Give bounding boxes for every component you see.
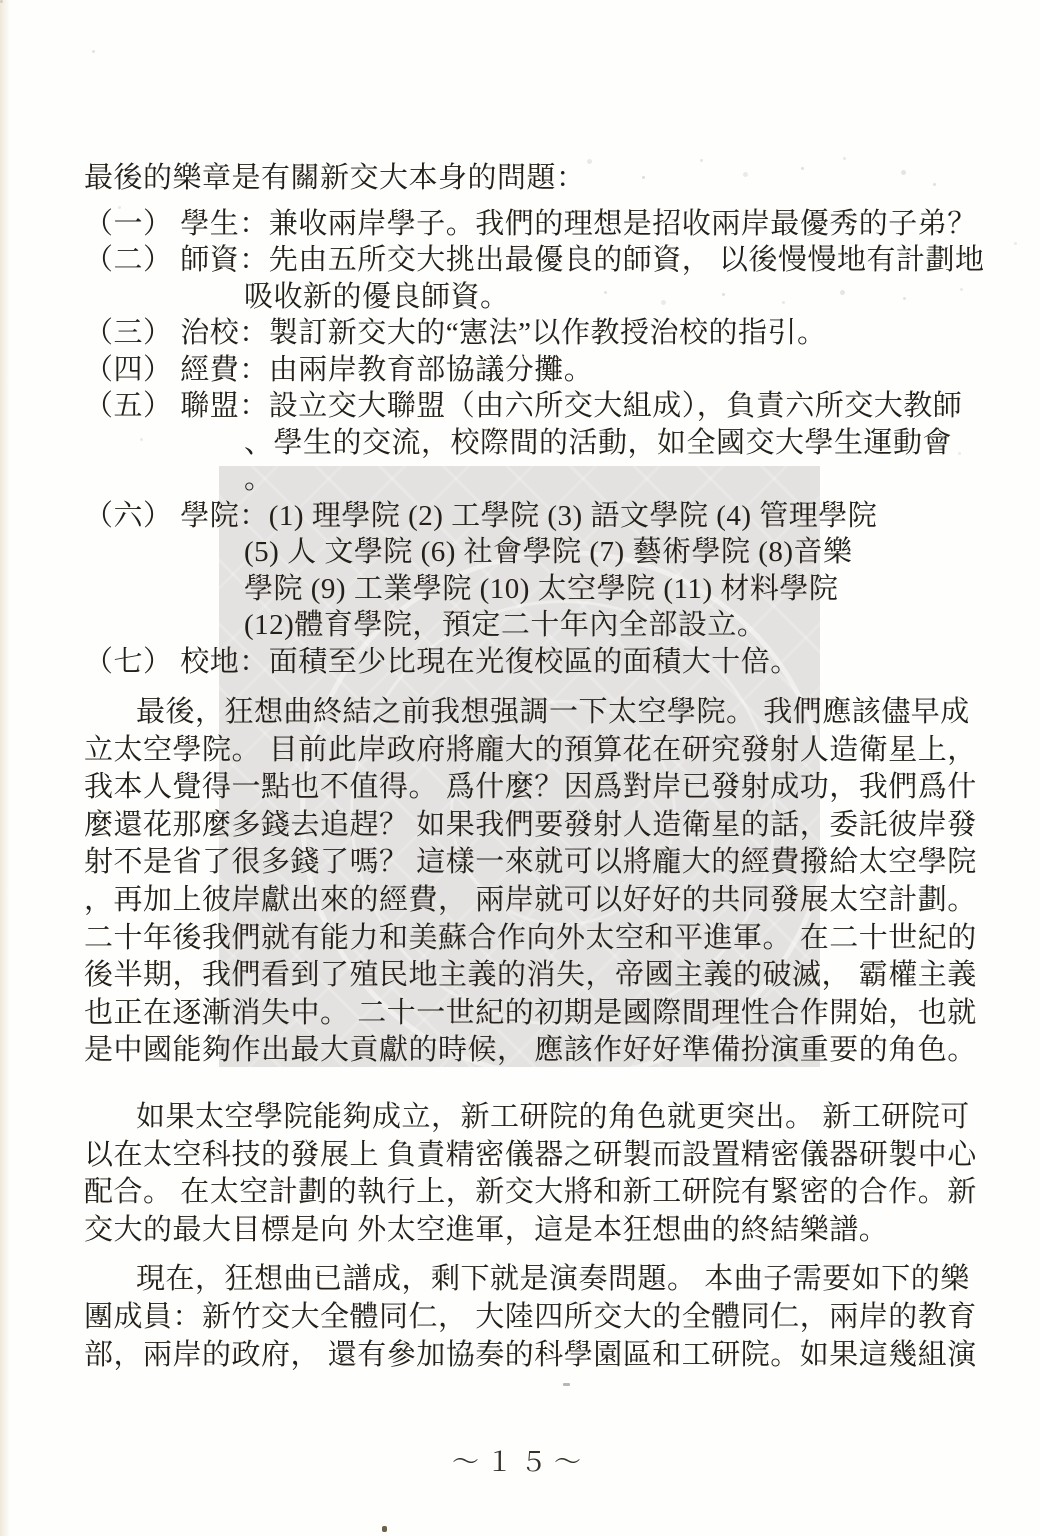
intro-line: 最後的樂章是有關新交大本身的問題： bbox=[84, 160, 974, 198]
list-item-7-line-1: （七） 校地：面積至少比現在光復校區的面積大十倍。 bbox=[84, 644, 974, 681]
list-item-6-line-4: (12)體育學院，預定二十年內全部設立。 bbox=[244, 607, 974, 644]
scan-edge-shade bbox=[0, 0, 10, 1536]
paragraph-1-line-10: 是中國能夠作出最大貢獻的時候， 應該作好好準備扮演重要的角色。 bbox=[84, 1032, 974, 1070]
paragraph-1: 最後，狂想曲終結之前我想强調一下太空學院。 我們應該儘早成 立太空學院。 目前此… bbox=[84, 694, 974, 1070]
numbered-list: （一） 學生：兼收兩岸學子。我們的理想是招收兩岸最優秀的子弟？ （二） 師資：先… bbox=[84, 206, 974, 681]
scan-dark-speck bbox=[382, 1526, 387, 1532]
paragraph-2: 如果太空學院能夠成立，新工研院的角色就更突出。 新工研院可 以在太空科技的發展上… bbox=[84, 1099, 974, 1249]
list-item-6-line-2: (5) 人 文學院 (6) 社會學院 (7) 藝術學院 (8)音樂 bbox=[244, 534, 974, 571]
paragraph-2-line-3: 配合。 在太空計劃的執行上，新交大將和新工研院有緊密的合作。新 bbox=[84, 1174, 974, 1212]
list-item-2-line-2: 吸收新的優良師資。 bbox=[244, 279, 974, 316]
list-item-2-line-1: （二） 師資：先由五所交大挑出最優良的師資， 以後慢慢地有計劃地 bbox=[84, 242, 974, 279]
paragraph-1-line-4: 麼還花那麼多錢去追趕？ 如果我們要發射人造衛星的話，委託彼岸發 bbox=[84, 807, 974, 845]
paragraph-2-line-1: 如果太空學院能夠成立，新工研院的角色就更突出。 新工研院可 bbox=[84, 1099, 974, 1137]
list-item-4-line-1: （四） 經費：由兩岸教育部協議分攤。 bbox=[84, 352, 974, 389]
paragraph-1-line-2: 立太空學院。 目前此岸政府將龐大的預算花在研究發射人造衛星上， bbox=[84, 732, 974, 770]
paragraph-3-line-3: 部，兩岸的政府， 還有參加協奏的科學園區和工研院。如果這幾組演 bbox=[84, 1337, 974, 1375]
list-item-5-line-3: 。 bbox=[244, 461, 974, 498]
list-item-5-line-2: 、學生的交流，校際間的活動，如全國交大學生運動會 bbox=[244, 425, 974, 462]
paragraph-2-line-4: 交大的最大目標是向 外太空進軍，這是本狂想曲的終結樂譜。 bbox=[84, 1212, 974, 1250]
paragraph-1-line-8: 後半期，我們看到了殖民地主義的消失，帝國主義的破滅， 霸權主義 bbox=[84, 957, 974, 995]
paragraph-1-line-7: 二十年後我們就有能力和美蘇合作向外太空和平進軍。 在二十世紀的 bbox=[84, 920, 974, 958]
scan-stray-dash bbox=[563, 1383, 570, 1386]
page-number: ～１５～ bbox=[0, 1440, 1040, 1479]
scan-noise-speckles bbox=[0, 0, 3, 3]
scanned-document-page: 最後的樂章是有關新交大本身的問題： （一） 學生：兼收兩岸學子。我們的理想是招收… bbox=[0, 0, 1040, 1536]
paragraph-1-line-6: ，再加上彼岸獻出來的經費， 兩岸就可以好好的共同發展太空計劃。 bbox=[84, 882, 974, 920]
list-item-6-line-1: （六） 學院：(1) 理學院 (2) 工學院 (3) 語文學院 (4) 管理學院 bbox=[84, 498, 974, 535]
paragraph-3-line-1: 現在，狂想曲已譜成，剩下就是演奏問題。 本曲子需要如下的樂 bbox=[84, 1261, 974, 1299]
list-item-6-line-3: 學院 (9) 工業學院 (10) 太空學院 (11) 材料學院 bbox=[244, 571, 974, 608]
paragraph-1-line-3: 我本人覺得一點也不值得。 爲什麼？因爲對岸已發射成功，我們爲什 bbox=[84, 769, 974, 807]
paragraph-1-line-9: 也正在逐漸消失中。 二十一世紀的初期是國際間理性合作開始，也就 bbox=[84, 995, 974, 1033]
paragraph-1-line-5: 射不是省了很多錢了嗎？ 這樣一來就可以將龐大的經費撥給太空學院 bbox=[84, 844, 974, 882]
document-body: 最後的樂章是有關新交大本身的問題： （一） 學生：兼收兩岸學子。我們的理想是招收… bbox=[84, 160, 974, 1374]
paragraph-3-line-2: 團成員：新竹交大全體同仁， 大陸四所交大的全體同仁，兩岸的教育 bbox=[84, 1299, 974, 1337]
list-item-5-line-1: （五） 聯盟：設立交大聯盟（由六所交大組成），負責六所交大教師 bbox=[84, 388, 974, 425]
list-item-3-line-1: （三） 治校：製訂新交大的“憲法”以作教授治校的指引。 bbox=[84, 315, 974, 352]
paragraph-3: 現在，狂想曲已譜成，剩下就是演奏問題。 本曲子需要如下的樂 團成員：新竹交大全體… bbox=[84, 1261, 974, 1374]
list-item-1-line-1: （一） 學生：兼收兩岸學子。我們的理想是招收兩岸最優秀的子弟？ bbox=[84, 206, 974, 243]
paragraph-2-line-2: 以在太空科技的發展上 負責精密儀器之研製而設置精密儀器研製中心 bbox=[84, 1137, 974, 1175]
paragraph-1-line-1: 最後，狂想曲終結之前我想强調一下太空學院。 我們應該儘早成 bbox=[84, 694, 974, 732]
